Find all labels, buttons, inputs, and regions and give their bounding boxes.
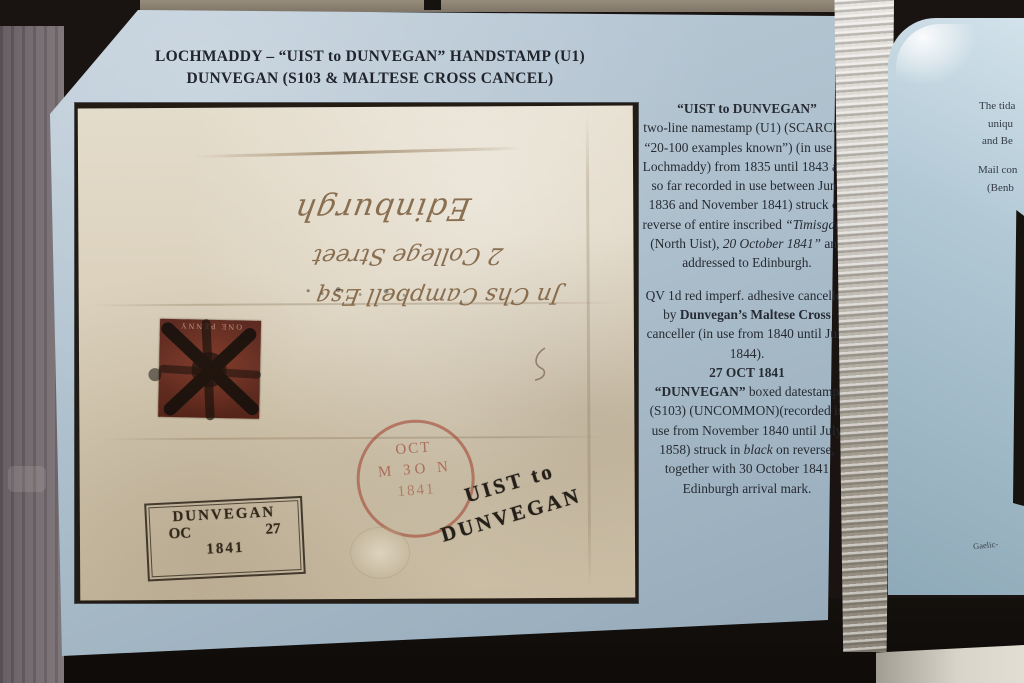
page-title: LOCHMADDY – “UIST to DUNVEGAN” HANDSTAMP… bbox=[100, 46, 640, 89]
description-paragraph-2: QV 1d red imperf. adhesive cancelled by … bbox=[641, 286, 853, 498]
adjacent-caption-fragment: Gaelic- bbox=[973, 539, 999, 552]
boxed-line2-left: OC bbox=[168, 525, 191, 543]
sleeve-tab bbox=[8, 466, 46, 492]
page-title-line1: LOCHMADDY – “UIST to DUNVEGAN” HANDSTAMP… bbox=[100, 46, 640, 68]
adjacent-text-fragment: and Be bbox=[982, 135, 1013, 147]
adjacent-text-fragment: (Benb bbox=[987, 182, 1014, 194]
adjacent-text-fragment: Mail con bbox=[978, 164, 1017, 176]
address-line: 2 College Street bbox=[166, 242, 504, 270]
maltese-cross-cancel bbox=[144, 310, 276, 433]
ink-specks bbox=[307, 289, 310, 292]
embossed-wafer-seal bbox=[350, 527, 410, 579]
fold-crease bbox=[99, 436, 609, 441]
boxed-datestamp-inner: DUNVEGAN OC 27 1841 bbox=[148, 500, 301, 577]
adjacent-album-page: The tida uniqu and Be Mail con (Benb Gae… bbox=[888, 18, 1024, 595]
adjacent-text-fragment: The tida bbox=[979, 100, 1015, 112]
background-shelf-strip bbox=[140, 0, 868, 12]
page-title-line2: DUNVEGAN (S103 & MALTESE CROSS CANCEL) bbox=[100, 68, 640, 90]
penny-red-stamp: ONE PENNY bbox=[158, 319, 261, 419]
boxed-line2-right: 27 bbox=[265, 521, 281, 539]
adjacent-text-fragment: uniqu bbox=[988, 118, 1013, 130]
manuscript-address-inverted: Jn Chs Campbell Esq 2 College Street Edi… bbox=[168, 118, 599, 316]
dunvegan-boxed-datestamp: DUNVEGAN OC 27 1841 bbox=[144, 496, 306, 582]
background-notch bbox=[424, 0, 441, 10]
cover-letter: Jn Chs Campbell Esq 2 College Street Edi… bbox=[78, 106, 636, 601]
description-paragraph-1: “UIST to DUNVEGAN”two-line namestamp (U1… bbox=[641, 99, 853, 273]
description-column: “UIST to DUNVEGAN”two-line namestamp (U1… bbox=[641, 99, 853, 511]
address-line: Edinburgh bbox=[165, 190, 473, 228]
cover-mount-frame: Jn Chs Campbell Esq 2 College Street Edi… bbox=[75, 103, 638, 603]
photo-of-album-spread: LOCHMADDY – “UIST to DUNVEGAN” HANDSTAMP… bbox=[0, 0, 1024, 683]
address-line: Jn Chs Campbell Esq bbox=[166, 282, 562, 310]
plastic-sleeve-edge bbox=[832, 0, 894, 652]
pen-squiggle bbox=[521, 344, 561, 384]
